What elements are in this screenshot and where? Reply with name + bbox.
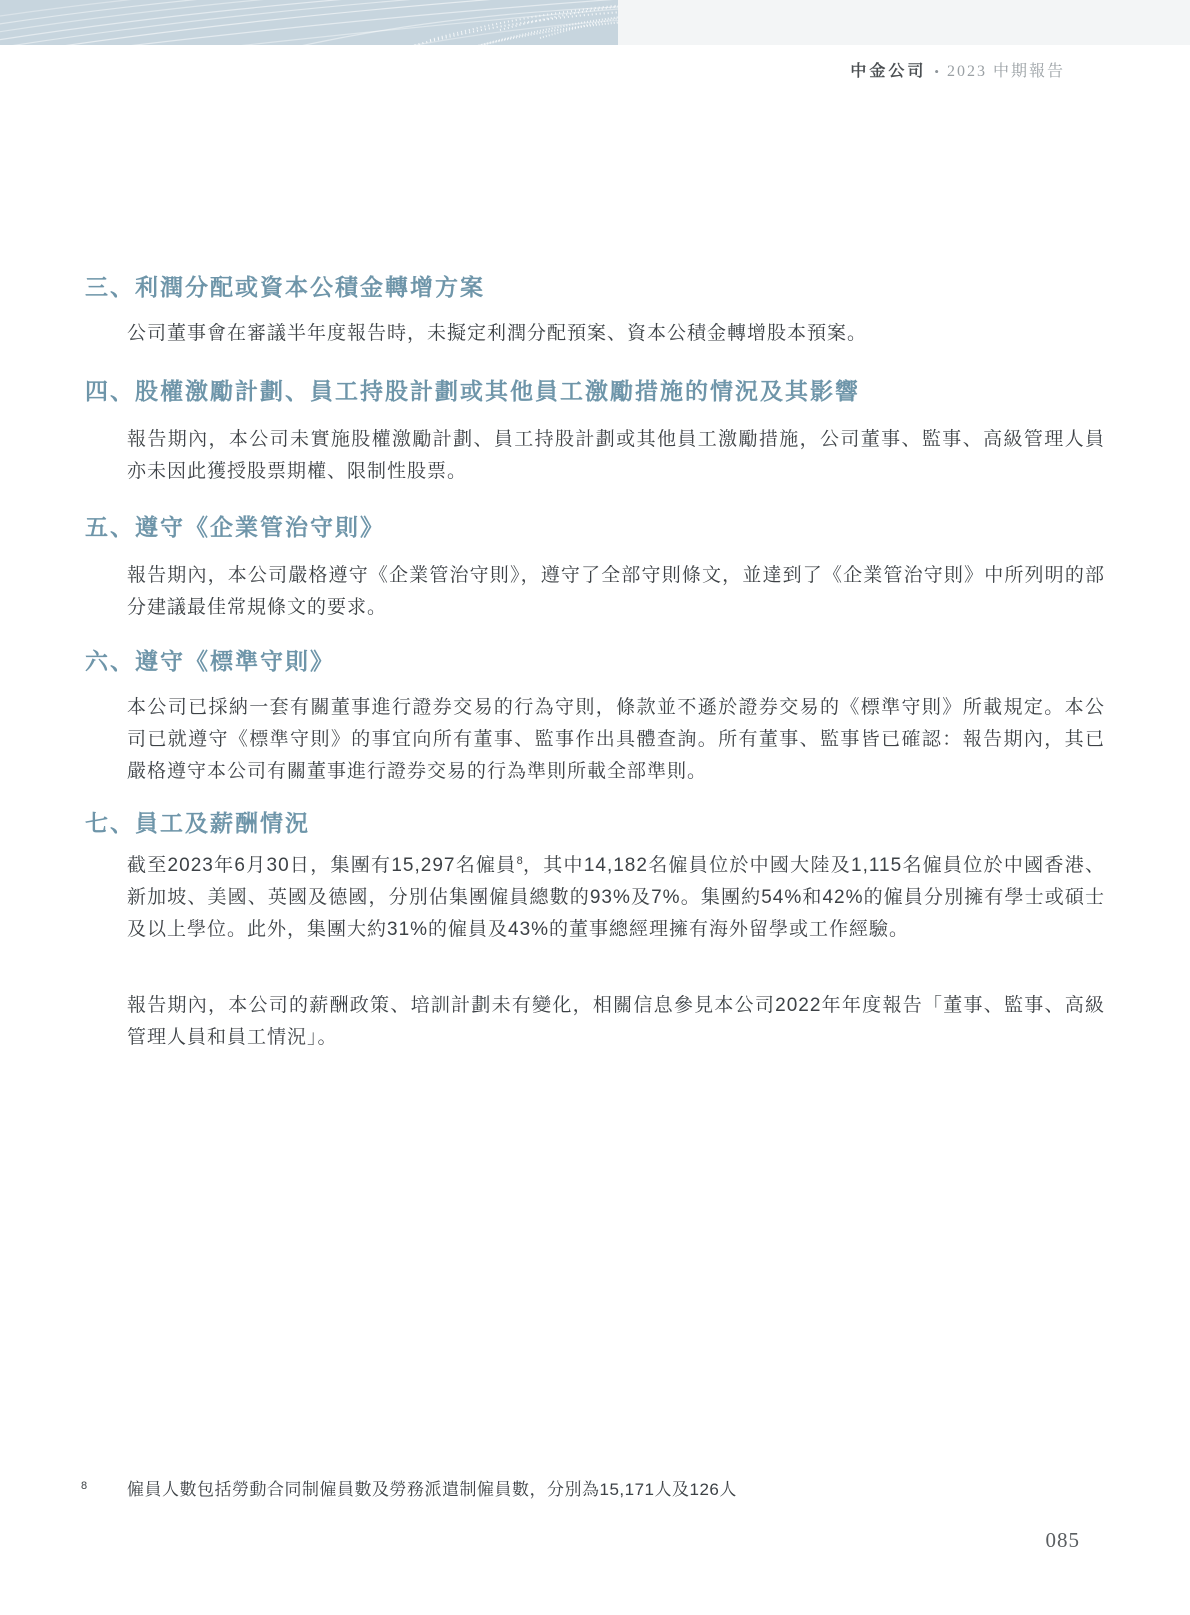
section-heading-employees-remuneration: 七、員工及薪酬情況 bbox=[85, 808, 1105, 838]
document-page: 中金公司•2023 中期報告 三、利潤分配或資本公積金轉增方案 公司董事會在審議… bbox=[0, 0, 1190, 1615]
header-separator-dot: • bbox=[934, 64, 939, 79]
section-heading-profit-distribution: 三、利潤分配或資本公積金轉增方案 bbox=[85, 272, 1105, 302]
decorative-header-band bbox=[0, 0, 1190, 45]
section-paragraph: 公司董事會在審議半年度報告時，未擬定利潤分配預案、資本公積金轉增股本預案。 bbox=[127, 318, 1105, 350]
section-heading-equity-incentive: 四、股權激勵計劃、員工持股計劃或其他員工激勵措施的情況及其影響 bbox=[85, 376, 1105, 406]
section-paragraph: 報告期內，本公司未實施股權激勵計劃、員工持股計劃或其他員工激勵措施，公司董事、監… bbox=[127, 424, 1105, 488]
paragraph-text: 截至2023年6月30日，集團有15,297名僱員 bbox=[127, 855, 517, 876]
report-title: 2023 中期報告 bbox=[947, 63, 1065, 80]
main-content: 三、利潤分配或資本公積金轉增方案 公司董事會在審議半年度報告時，未擬定利潤分配預… bbox=[85, 258, 1105, 1054]
page-number: 085 bbox=[1046, 1528, 1081, 1553]
section-paragraph: 截至2023年6月30日，集團有15,297名僱員8，其中14,182名僱員位於… bbox=[127, 850, 1105, 946]
section-heading-model-code: 六、遵守《標準守則》 bbox=[85, 646, 1105, 676]
wave-pattern-graphic bbox=[0, 0, 1190, 45]
section-paragraph: 報告期內，本公司嚴格遵守《企業管治守則》，遵守了全部守則條文，並達到了《企業管治… bbox=[127, 560, 1105, 624]
footnote-text: 僱員人數包括勞動合同制僱員數及勞務派遣制僱員數，分別為15,171人及126人 bbox=[127, 1478, 1105, 1502]
running-header: 中金公司•2023 中期報告 bbox=[850, 60, 1065, 84]
section-paragraph: 報告期內，本公司的薪酬政策、培訓計劃未有變化，相關信息參見本公司2022年年度報… bbox=[127, 990, 1105, 1054]
section-paragraph: 本公司已採納一套有關董事進行證券交易的行為守則，條款並不遜於證券交易的《標準守則… bbox=[127, 692, 1105, 788]
company-name: 中金公司 bbox=[850, 63, 926, 80]
section-heading-corporate-governance-code: 五、遵守《企業管治守則》 bbox=[85, 512, 1105, 542]
footnote-marker: 8 bbox=[81, 1474, 88, 1498]
footnote: 8 僱員人數包括勞動合同制僱員數及勞務派遣制僱員數，分別為15,171人及126… bbox=[85, 1478, 1105, 1502]
